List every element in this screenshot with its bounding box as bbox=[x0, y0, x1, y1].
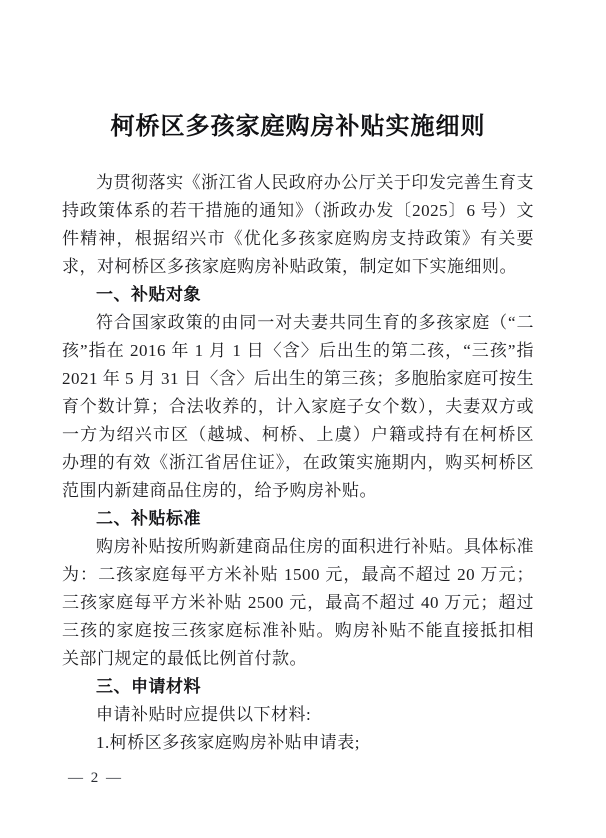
document-title: 柯桥区多孩家庭购房补贴实施细则 bbox=[62, 106, 534, 141]
section-heading-subsidy-standards: 二、补贴标准 bbox=[62, 505, 534, 533]
material-list-item-1: 1.柯桥区多孩家庭购房补贴申请表; bbox=[62, 729, 534, 757]
section-heading-application-materials: 三、申请材料 bbox=[62, 673, 534, 701]
intro-paragraph: 为贯彻落实《浙江省人民政府办公厅关于印发完善生育支持政策体系的若干措施的通知》（… bbox=[62, 169, 534, 281]
section-3-intro-line: 申请补贴时应提供以下材料: bbox=[62, 701, 534, 729]
document-body: 为贯彻落实《浙江省人民政府办公厅关于印发完善生育支持政策体系的若干措施的通知》（… bbox=[62, 169, 534, 757]
section-1-paragraph: 符合国家政策的由同一对夫妻共同生育的多孩家庭（“二孩”指在 2016 年 1 月… bbox=[62, 309, 534, 505]
section-heading-subsidy-targets: 一、补贴对象 bbox=[62, 281, 534, 309]
page-number: — 2 — bbox=[68, 770, 123, 787]
section-2-paragraph: 购房补贴按所购新建商品住房的面积进行补贴。具体标准为：二孩家庭每平方米补贴 15… bbox=[62, 533, 534, 673]
document-page: 柯桥区多孩家庭购房补贴实施细则 为贯彻落实《浙江省人民政府办公厅关于印发完善生育… bbox=[0, 0, 606, 838]
